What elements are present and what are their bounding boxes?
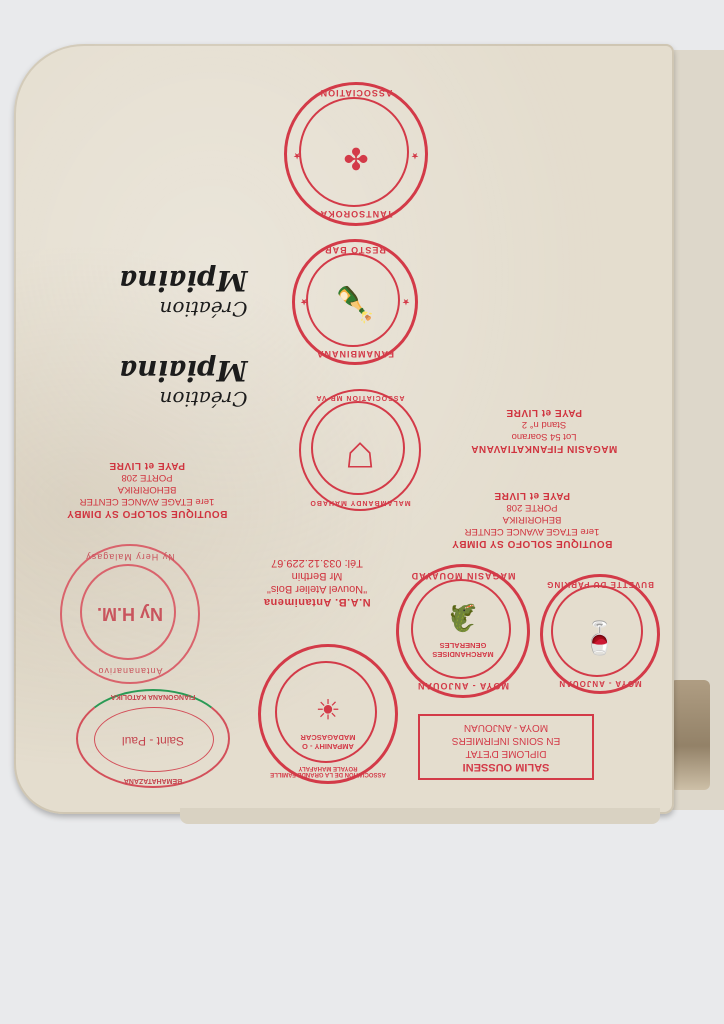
block-line: PAYE et LIVRE [432,489,632,501]
block-line: MAGASIN FIFANKATIAVANA [444,442,644,454]
block-line: PAYE et LIVRE [444,406,644,418]
block-line: BOUTIQUE SOLOFO SY DIMBY [52,507,242,519]
block-line: Stand n° 2 [444,418,644,430]
stamp-boutique-solofo-left: BOUTIQUE SOLOFO SY DIMBY 1ere ETAGE AVAN… [52,459,242,519]
block-line: Tél: 033.12.229.67 [232,556,402,569]
bottle-glass-icon: 🍷 [543,619,657,657]
stamp-saint-paul: BEMAHATAZANA Saint - Paul FIANGONANA KAT… [76,689,230,788]
script-subtitle: Création [119,387,248,411]
royal-emblem-icon: ☀ [261,692,395,725]
ink-smudge [695,90,709,160]
stamp-bottom-text: MAGASIN MOUAYAD [399,571,527,581]
script-title: Mpiaina [119,264,248,297]
block-line: 1ere ETAGE AVANCE CENTER [52,495,242,507]
center-line: GENERALES [399,641,527,650]
stamp-top-text: FANAMBINANA [295,349,415,359]
block-line: MOYA - ANJOUAN [426,721,586,734]
stamp-magasin-mouayad: MOYA - ANJOUAN MAGASIN MOUAYAD MARCHANDI… [396,564,530,698]
acrobat-icon: ✤ [287,140,425,175]
stamp-tantsoroka: TANTSOROKA ASSOCIATION ★★ ✤ [284,82,428,226]
block-line: BEHORIRIKA [52,483,242,495]
block-line: PORTE 208 [52,471,242,483]
stamp-top-text: TANTSOROKA [287,209,425,219]
block-line: Mr Berthin [232,569,402,582]
stamp-top-text: MOYA - ANJOUAN [399,681,527,691]
stamp-bottom-text: RESTO BAR [295,245,415,255]
stamp-malambandy: MALAMBANDY MAHABO ASSOCIATION MB VA ⛉ [299,389,421,511]
stamp-top-text: BEMAHATAZANA [78,777,228,784]
stamp-bottom-text: Ny Hery Malagasy [62,552,198,562]
page-edge [180,808,660,824]
stamp-nab-antanimena: N.A.B. Antanimena "Nouvel Atelier Bois" … [232,556,402,608]
stamp-ring-text: ASSOCIATION DE LA GRANDE FAMILLE ROYALE … [261,765,395,777]
script-stamp: Création Mpiaina [119,264,248,321]
bottle-glass-icon: 🍾 [295,284,415,324]
stamp-magasin-fifankatiavana: MAGASIN FIFANKATIAVANA Lot 54 Soarano St… [444,406,644,454]
stamp-center-text: AMPANIHY - O MADAGASCAR [261,733,395,751]
stamp-boutique-solofo-right: BOUTIQUE SOLOFO SY DIMBY 1ere ETAGE AVAN… [432,489,632,549]
stamp-bottom-text: BUVETTE DU PARKING [543,580,657,589]
script-subtitle: Création [119,297,248,321]
block-line: Lot 54 Soarano [444,430,644,442]
stamp-top-text: MOYA - ANJOUAN [543,679,657,688]
stamp-center-text: Saint - Paul [78,734,228,748]
stamp-center-text: Ny H.M. [62,603,198,624]
block-line: BOUTIQUE SOLOFO SY DIMBY [432,537,632,549]
thimble-needle-icon: ⛉ [301,434,419,473]
stamp-buvette-du-parking: MOYA - ANJOUAN BUVETTE DU PARKING 🍷 [540,574,660,694]
stamp-top-text: Antananarivo [62,666,198,676]
block-line: SALIM OUSSENI [426,760,586,773]
script-title: Mpiaina [119,354,248,387]
stamp-center-text: MARCHANDISES GENERALES [399,641,527,659]
stamp-resto-bar-fanambinana: FANAMBINANA RESTO BAR ★★ 🍾 [292,239,418,365]
block-line: 1ere ETAGE AVANCE CENTER [432,525,632,537]
torn-corner [670,680,710,790]
block-line: BEHORIRIKA [432,513,632,525]
block-line: N.A.B. Antanimena [232,595,402,608]
block-line: PORTE 208 [432,501,632,513]
stamp-top-text: MALAMBANDY MAHABO [301,499,419,506]
center-line: AMPANIHY - O [261,742,395,751]
center-line: MARCHANDISES [399,650,527,659]
block-line: "Nouvel Atelier Bois" [232,582,402,595]
stamp-bottom-text: ASSOCIATION [287,88,425,98]
stamp-ny-hery-malagasy: Antananarivo Ny Hery Malagasy Ny H.M. [60,544,200,684]
block-line: EN SOINS INFIRMIERS [426,734,586,747]
block-line: DIPLOME D'ETAT [426,747,586,760]
script-stamp: Création Mpiaina [119,354,248,411]
crocodile-icon: 🐊 [399,602,527,633]
stamp-salim-ousseni: SALIM OUSSENI DIPLOME D'ETAT EN SOINS IN… [418,714,594,780]
booklet-page: TANTSOROKA ASSOCIATION ★★ ✤ FANAMBINANA … [14,44,674,814]
center-line: MADAGASCAR [261,733,395,742]
block-line: PAYE et LIVRE [52,459,242,471]
stamp-bottom-text: FIANGONANA KATOLIKA [78,693,228,700]
stamp-bottom-text: ASSOCIATION MB VA [301,394,419,401]
stamp-famille-royale-mahafaly: ASSOCIATION DE LA GRANDE FAMILLE ROYALE … [258,644,398,784]
